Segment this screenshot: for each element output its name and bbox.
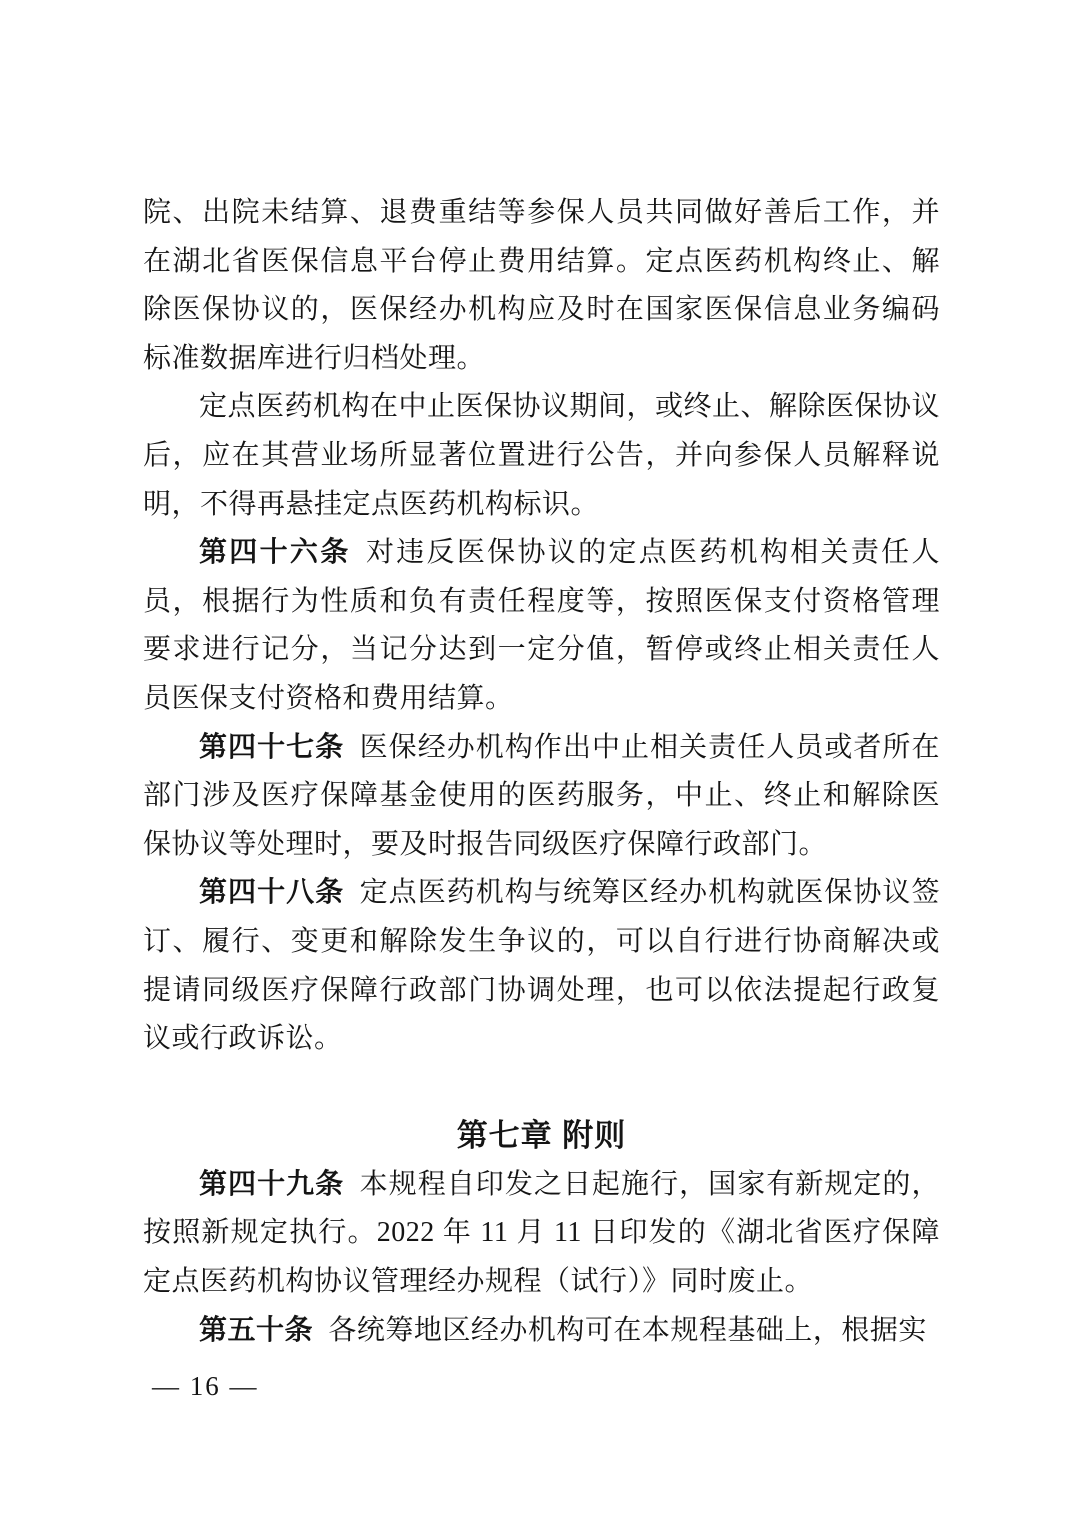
paragraph: 第四十九条本规程自印发之日起施行，国家有新规定的，按照新规定执行。2022 年 … [143,1161,940,1307]
article-number: 第四十六条 [199,537,351,568]
document-page: 院、出院未结算、退费重结等参保人员共同做好善后工作，并在湖北省医保信息平台停止费… [0,0,1075,1520]
page-number: — 16 — [152,1368,259,1404]
paragraph: 定点医药机构在中止医保协议期间，或终止、解除医保协议后，应在其营业场所显著位置进… [143,383,940,529]
paragraph: 第四十七条医保经办机构作出中止相关责任人员或者所在部门涉及医疗保障基金使用的医药… [143,724,940,870]
chapter-heading: 第七章 附则 [143,1112,940,1161]
paragraph: 第四十六条对违反医保协议的定点医药机构相关责任人员，根据行为性质和负有责任程度等… [143,529,940,723]
article-number: 第四十七条 [199,732,344,763]
document-content: 院、出院未结算、退费重结等参保人员共同做好善后工作，并在湖北省医保信息平台停止费… [143,189,940,1355]
article-number: 第四十九条 [199,1169,344,1200]
paragraph: 第五十条各统筹地区经办机构可在本规程基础上，根据实 [143,1307,940,1356]
article-number: 第四十八条 [199,877,344,908]
paragraph: 院、出院未结算、退费重结等参保人员共同做好善后工作，并在湖北省医保信息平台停止费… [143,189,940,383]
paragraph: 第四十八条定点医药机构与统筹区经办机构就医保协议签订、履行、变更和解除发生争议的… [143,869,940,1063]
article-number: 第五十条 [199,1315,313,1346]
